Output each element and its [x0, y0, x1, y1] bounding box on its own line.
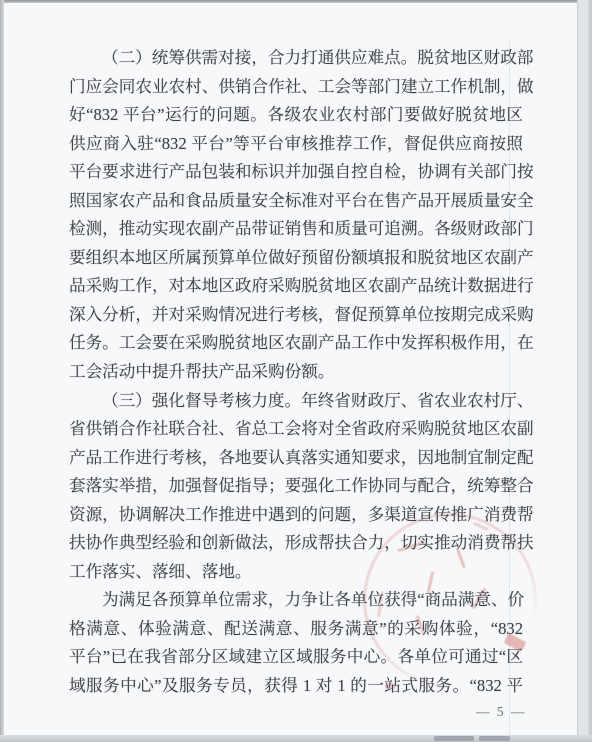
scan-edge-left — [0, 0, 4, 742]
text-line: 要组织本地区所属预算单位做好预留份额填报和脱贫地区农副产 — [69, 244, 523, 273]
text-line: 产品工作进行考核，各地要认真落实通知要求，因地制宜制定配 — [69, 444, 523, 473]
scan-edge-bottom — [0, 735, 592, 742]
scrollbar-fragment — [479, 736, 510, 741]
text-line: 格满意、体验满意、配送满意、服务满意”的采购体验，“832 — [69, 615, 523, 644]
text-line: （三）强化督导考核力度。年终省财政厅、省农业农村厅、 — [69, 387, 523, 416]
text-line: 照国家农产品和食品质量安全标准对平台在售产品开展质量安全 — [69, 187, 523, 216]
text-line: 工会活动中提升帮扶产品采购份额。 — [69, 358, 523, 387]
text-line: 套落实举措，加强督促指导；要强化工作协同与配合，统筹整合 — [69, 472, 523, 501]
text-line: 平台”已在我省部分区域建立区域服务中心。各单位可通过“区 — [69, 643, 523, 672]
text-line: 扶协作典型经验和创新做法，形成帮扶合力，切实推动消费帮扶 — [69, 529, 523, 558]
text-line: 任务。工会要在采购脱贫地区农副产品工作中发挥积极作用，在 — [69, 329, 523, 358]
text-line: 工作落实、落细、落地。 — [69, 558, 523, 587]
text-line: 资源，协调解决工作推进中遇到的问题，多渠道宣传推广消费帮 — [69, 501, 523, 530]
text-line: 检测，推动实现农副产品带证销售和质量可追溯。各级财政部门 — [69, 215, 523, 244]
text-line: 为满足各预算单位需求，力争让各单位获得“商品满意、价 — [69, 586, 523, 615]
text-line: 平台要求进行产品包装和标识并加强自控自检，协调有关部门按 — [69, 158, 523, 187]
scan-edge-top — [0, 0, 592, 3]
text-line: 域服务中心”及服务专员，获得 1 对 1 的一站式服务。“832 平 — [69, 672, 523, 701]
document-body: （二）统筹供需对接，合力打通供应难点。脱贫地区财政部门应会同农业农村、供销合作社… — [69, 44, 523, 701]
scan-edge-right — [577, 0, 592, 742]
scrollbar-fragment — [434, 736, 474, 741]
text-line: 深入分析，并对采购情况进行考核，督促预算单位按期完成采购 — [69, 301, 523, 330]
text-line: 门应会同农业农村、供销合作社、工会等部门建立工作机制，做 — [69, 73, 523, 102]
text-line: 供应商入驻“832 平台”等平台审核推荐工作，督促供应商按照 — [69, 130, 523, 159]
page-number: — 5 — — [476, 704, 527, 720]
scanned-document-page: （二）统筹供需对接，合力打通供应难点。脱贫地区财政部门应会同农业农村、供销合作社… — [0, 0, 592, 742]
text-line: 省供销合作社联合社、省总工会将对全省政府采购脱贫地区农副 — [69, 415, 523, 444]
text-line: 品采购工作，对本地区政府采购脱贫地区农副产品统计数据进行 — [69, 272, 523, 301]
text-line: （二）统筹供需对接，合力打通供应难点。脱贫地区财政部 — [69, 44, 523, 73]
text-line: 好“832 平台”运行的问题。各级农业农村部门要做好脱贫地区 — [69, 101, 523, 130]
